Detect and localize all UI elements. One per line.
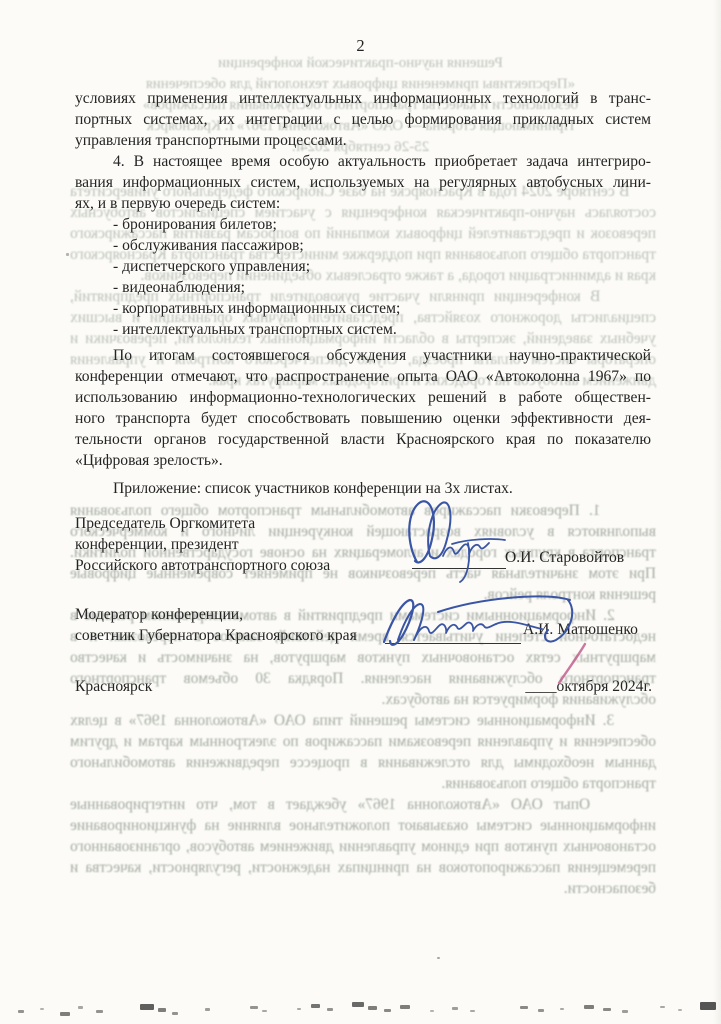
page-number: 2 <box>0 36 721 56</box>
text-line: Приложение: список участников конференци… <box>75 478 651 499</box>
list-item: - обслуживания пассажиров; <box>75 235 651 256</box>
list-item: - бронирования билетов; <box>75 214 651 235</box>
signer-role-line: советник Губернатора Красноярского края <box>75 625 357 646</box>
paragraph: Приложение: список участников конференци… <box>75 478 651 499</box>
signer-role-line: конференции, президент <box>75 534 330 555</box>
document-body: условиях применения интеллектуальных инф… <box>75 88 651 499</box>
text-line: использованию информационно-технологичес… <box>75 387 651 408</box>
signer-role-line: Российского автотранспортного союза <box>75 555 330 576</box>
text-line: портных системах, их интеграции с целью … <box>75 109 651 130</box>
list-item: - корпоративных информационных систем; <box>75 298 651 319</box>
text-line: «Цифровая зрелость». <box>75 450 651 471</box>
signer-role-line: Председатель Оргкомитета <box>75 513 330 534</box>
list-item: - диспетчерского управления; <box>75 256 651 277</box>
text-line: управления транспортными процессами. <box>75 130 651 151</box>
signer-name: А.И. Матюшенко <box>523 621 638 639</box>
signature-line <box>385 643 521 644</box>
list-item: - видеонаблюдения; <box>75 277 651 298</box>
signer-name: О.И. Старовойтов <box>505 549 624 567</box>
text-line: ях, и в первую очередь систем: <box>75 193 651 214</box>
paragraph: По итогам состоявшегося обсуждения участ… <box>75 345 651 471</box>
signer-role-line: Модератор конференции, <box>75 604 357 625</box>
footer-city: Красноярск <box>75 678 152 696</box>
paragraph: 4. В настоящее время особую актуальность… <box>75 151 651 214</box>
signature-block-chairman: Председатель Оргкомитета конференции, пр… <box>75 513 330 576</box>
signature-block-moderator: Модератор конференции, советник Губернат… <box>75 604 357 646</box>
signature-line <box>412 568 506 569</box>
text-line: тельности органов государственной власти… <box>75 429 651 450</box>
page-content: 2 условиях применения интеллектуальных и… <box>0 0 721 1024</box>
footer-date: ____октября 2024г. <box>525 678 652 696</box>
list-item: - интеллектуальных транспортных систем. <box>75 319 651 340</box>
paragraph: условиях применения интеллектуальных инф… <box>75 88 651 151</box>
text-line: конференции отмечают, что распространени… <box>75 366 651 387</box>
text-line: 4. В настоящее время особую актуальность… <box>75 151 651 172</box>
text-line: условиях применения интеллектуальных инф… <box>75 88 651 109</box>
text-line: ного транспорта будет способствовать пов… <box>75 408 651 429</box>
text-line: По итогам состоявшегося обсуждения участ… <box>75 345 651 366</box>
document-page: Решения научно-практической конференции«… <box>0 0 721 1024</box>
text-line: вания информационных систем, используемы… <box>75 172 651 193</box>
bullet-list: - бронирования билетов;- обслуживания па… <box>75 214 651 340</box>
